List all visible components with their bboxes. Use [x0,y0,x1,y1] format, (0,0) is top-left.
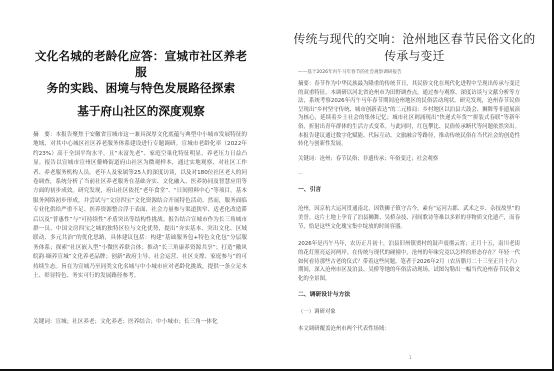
title-line-2: 务的实践、困境与特色发展路径探索 [30,80,252,96]
document-page-left: 文化名城的老龄化应答：宣城市社区养老服 务的实践、困境与特色发展路径探索 基于府… [0,0,276,369]
section-heading-methods: 二、调研设计与方法 [298,291,350,299]
document-page-right: 传统与现代的交响：沧州地区春节民俗文化的 传承与变迁 ——基于2026年丙午马年… [277,0,552,369]
report-subtitle: ——基于2026年丙午马年春节的社会观察调研报告 [298,69,402,76]
section-heading-introduction: 一、引言 [298,186,321,194]
page-subtitle: 基于府山社区的深度观察 [30,104,252,118]
paragraph: 沧州，因京杭大运河贯通南北，因铁狮子镇守古今，素有“运河古郡、武术之乡、杂技故里… [298,205,520,231]
separator: — [298,170,303,178]
keywords: 关键词：沧州；春节民俗；非遗传承；年俗变迁；社会观察 [298,155,520,163]
document-viewer: 文化名城的老龄化应答：宣城市社区养老服 务的实践、困境与特色发展路径探索 基于府… [0,0,554,371]
page-title: 传统与现代的交响：沧州地区春节民俗文化的 传承与变迁 [293,31,536,65]
abstract-label: 摘 要： [33,132,56,138]
abstract-text: 本报告聚焦于安徽省宣城市这一兼具深厚文化底蕴与典型中小城市发展特征的地域，对其中… [33,132,247,279]
abstract: 摘 要：本报告聚焦于安徽省宣城市这一兼具深厚文化底蕴与典型中小城市发展特征的地域… [33,131,247,282]
title-line-1: 文化名城的老龄化应答：宣城市社区养老服 [30,48,252,80]
paragraph: 2026年是丙午马年，农历正月初十，泊县旧州镇贾村的鼓声震彻云霄；正月十五，南川… [298,240,520,284]
page-number: 1 [409,355,412,361]
paragraph: 本文调研覆盖沧州市两个代表性场域： [298,325,520,334]
subsection-heading: （一）调研对象 [298,308,336,316]
title-line-2: 传承与变迁 [293,48,536,65]
abstract: 摘要：春节作为中华民族最为隆重的传统节日，其民俗文化在现代化进程中呈现出传承与变… [298,80,520,149]
keywords: 关键词：宣城；社区养老；文化养老；医养结合；中小城市；长三角一体化 [33,318,247,327]
title-line-1: 传统与现代的交响：沧州地区春节民俗文化的 [293,31,536,48]
page-title: 文化名城的老龄化应答：宣城市社区养老服 务的实践、困境与特色发展路径探索 [30,48,252,96]
